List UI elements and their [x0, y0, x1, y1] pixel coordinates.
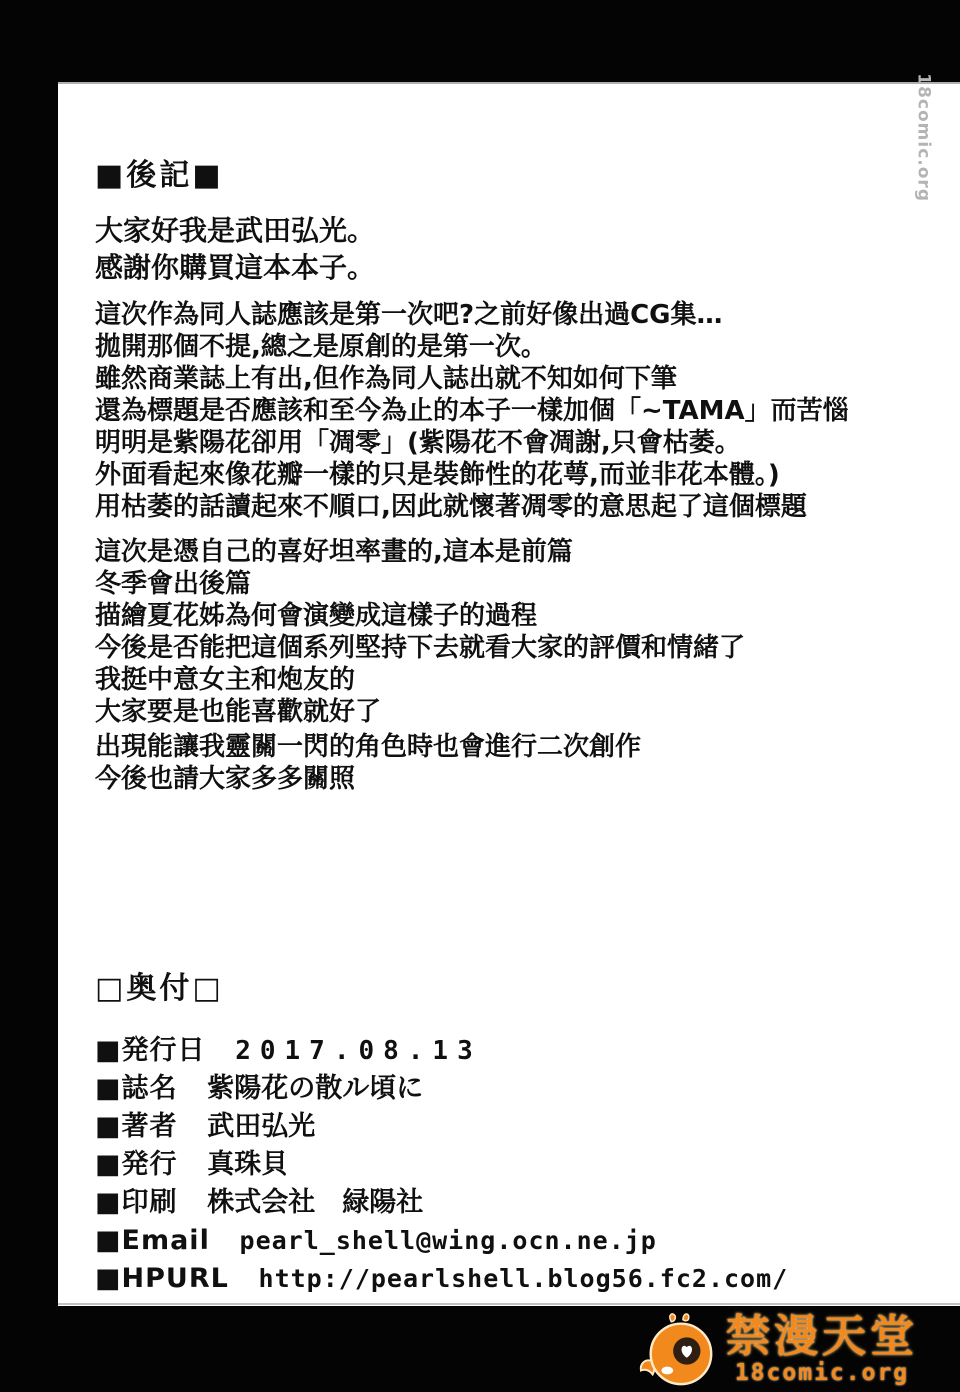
colophon-value: pearl_shell@wing.ocn.ne.jp: [240, 1226, 657, 1255]
site-logo: 禁漫天堂 18comic.org: [638, 1310, 918, 1390]
colophon-row: ■発行真珠貝: [95, 1146, 788, 1184]
colophon-label: ■発行日: [95, 1035, 206, 1066]
site-url: 18comic.org: [735, 1360, 909, 1386]
scan-hairline: [58, 82, 960, 84]
colophon-row: ■発行日2017.08.13: [95, 1032, 788, 1070]
colophon-row: ■印刷株式会社 緑陽社: [95, 1184, 788, 1222]
scan-frame-top: [0, 0, 960, 82]
whale-mascot-icon: [638, 1310, 720, 1390]
colophon-value: 株式会社 緑陽社: [207, 1187, 423, 1218]
colophon-value: 紫陽花の散ル頃に: [207, 1073, 423, 1104]
colophon-row: ■誌名紫陽花の散ル頃に: [95, 1070, 788, 1108]
afterword-paragraph-series-plans: 這次是憑自己的喜好坦率畫的,這本是前篇 冬季會出後篇 描繪夏花姊為何會演變成這樣…: [95, 536, 745, 728]
site-logo-text: 禁漫天堂 18comic.org: [726, 1314, 918, 1386]
scan-hairline: [58, 1303, 960, 1305]
site-name: 禁漫天堂: [726, 1314, 918, 1360]
colophon-list: ■発行日2017.08.13■誌名紫陽花の散ル頃に■著者武田弘光■発行真珠貝■印…: [95, 1032, 788, 1298]
afterword-paragraph-closing: 出現能讓我靈關一閃的角色時也會進行二次創作 今後也請大家多多關照: [95, 731, 641, 795]
colophon-value: 真珠貝: [207, 1149, 288, 1180]
vertical-site-watermark: 18comic.org: [914, 73, 934, 202]
afterword-heading: ■後記■: [95, 150, 224, 194]
colophon-label: ■Email: [95, 1225, 210, 1256]
colophon-label: ■HPURL: [95, 1263, 229, 1294]
scan-frame-left: [0, 0, 58, 1392]
colophon-heading: □奥付□: [95, 963, 224, 1007]
colophon-row: ■Emailpearl_shell@wing.ocn.ne.jp: [95, 1222, 788, 1260]
colophon-row: ■HPURLhttp://pearlshell.blog56.fc2.com/: [95, 1260, 788, 1298]
colophon-row: ■著者武田弘光: [95, 1108, 788, 1146]
colophon-value: 武田弘光: [207, 1111, 315, 1142]
colophon-value: 2017.08.13: [235, 1036, 482, 1066]
colophon-label: ■印刷: [95, 1187, 178, 1218]
colophon-value: http://pearlshell.blog56.fc2.com/: [259, 1264, 789, 1293]
afterword-paragraph-greeting: 大家好我是武田弘光。 感謝你購買這本本子。: [95, 212, 375, 286]
afterword-paragraph-title-story: 這次作為同人誌應該是第一次吧?之前好像出過CG集… 拋開那個不提,總之是原創的是…: [95, 299, 849, 523]
colophon-label: ■発行: [95, 1149, 178, 1180]
colophon-label: ■著者: [95, 1111, 178, 1142]
colophon-label: ■誌名: [95, 1073, 178, 1104]
